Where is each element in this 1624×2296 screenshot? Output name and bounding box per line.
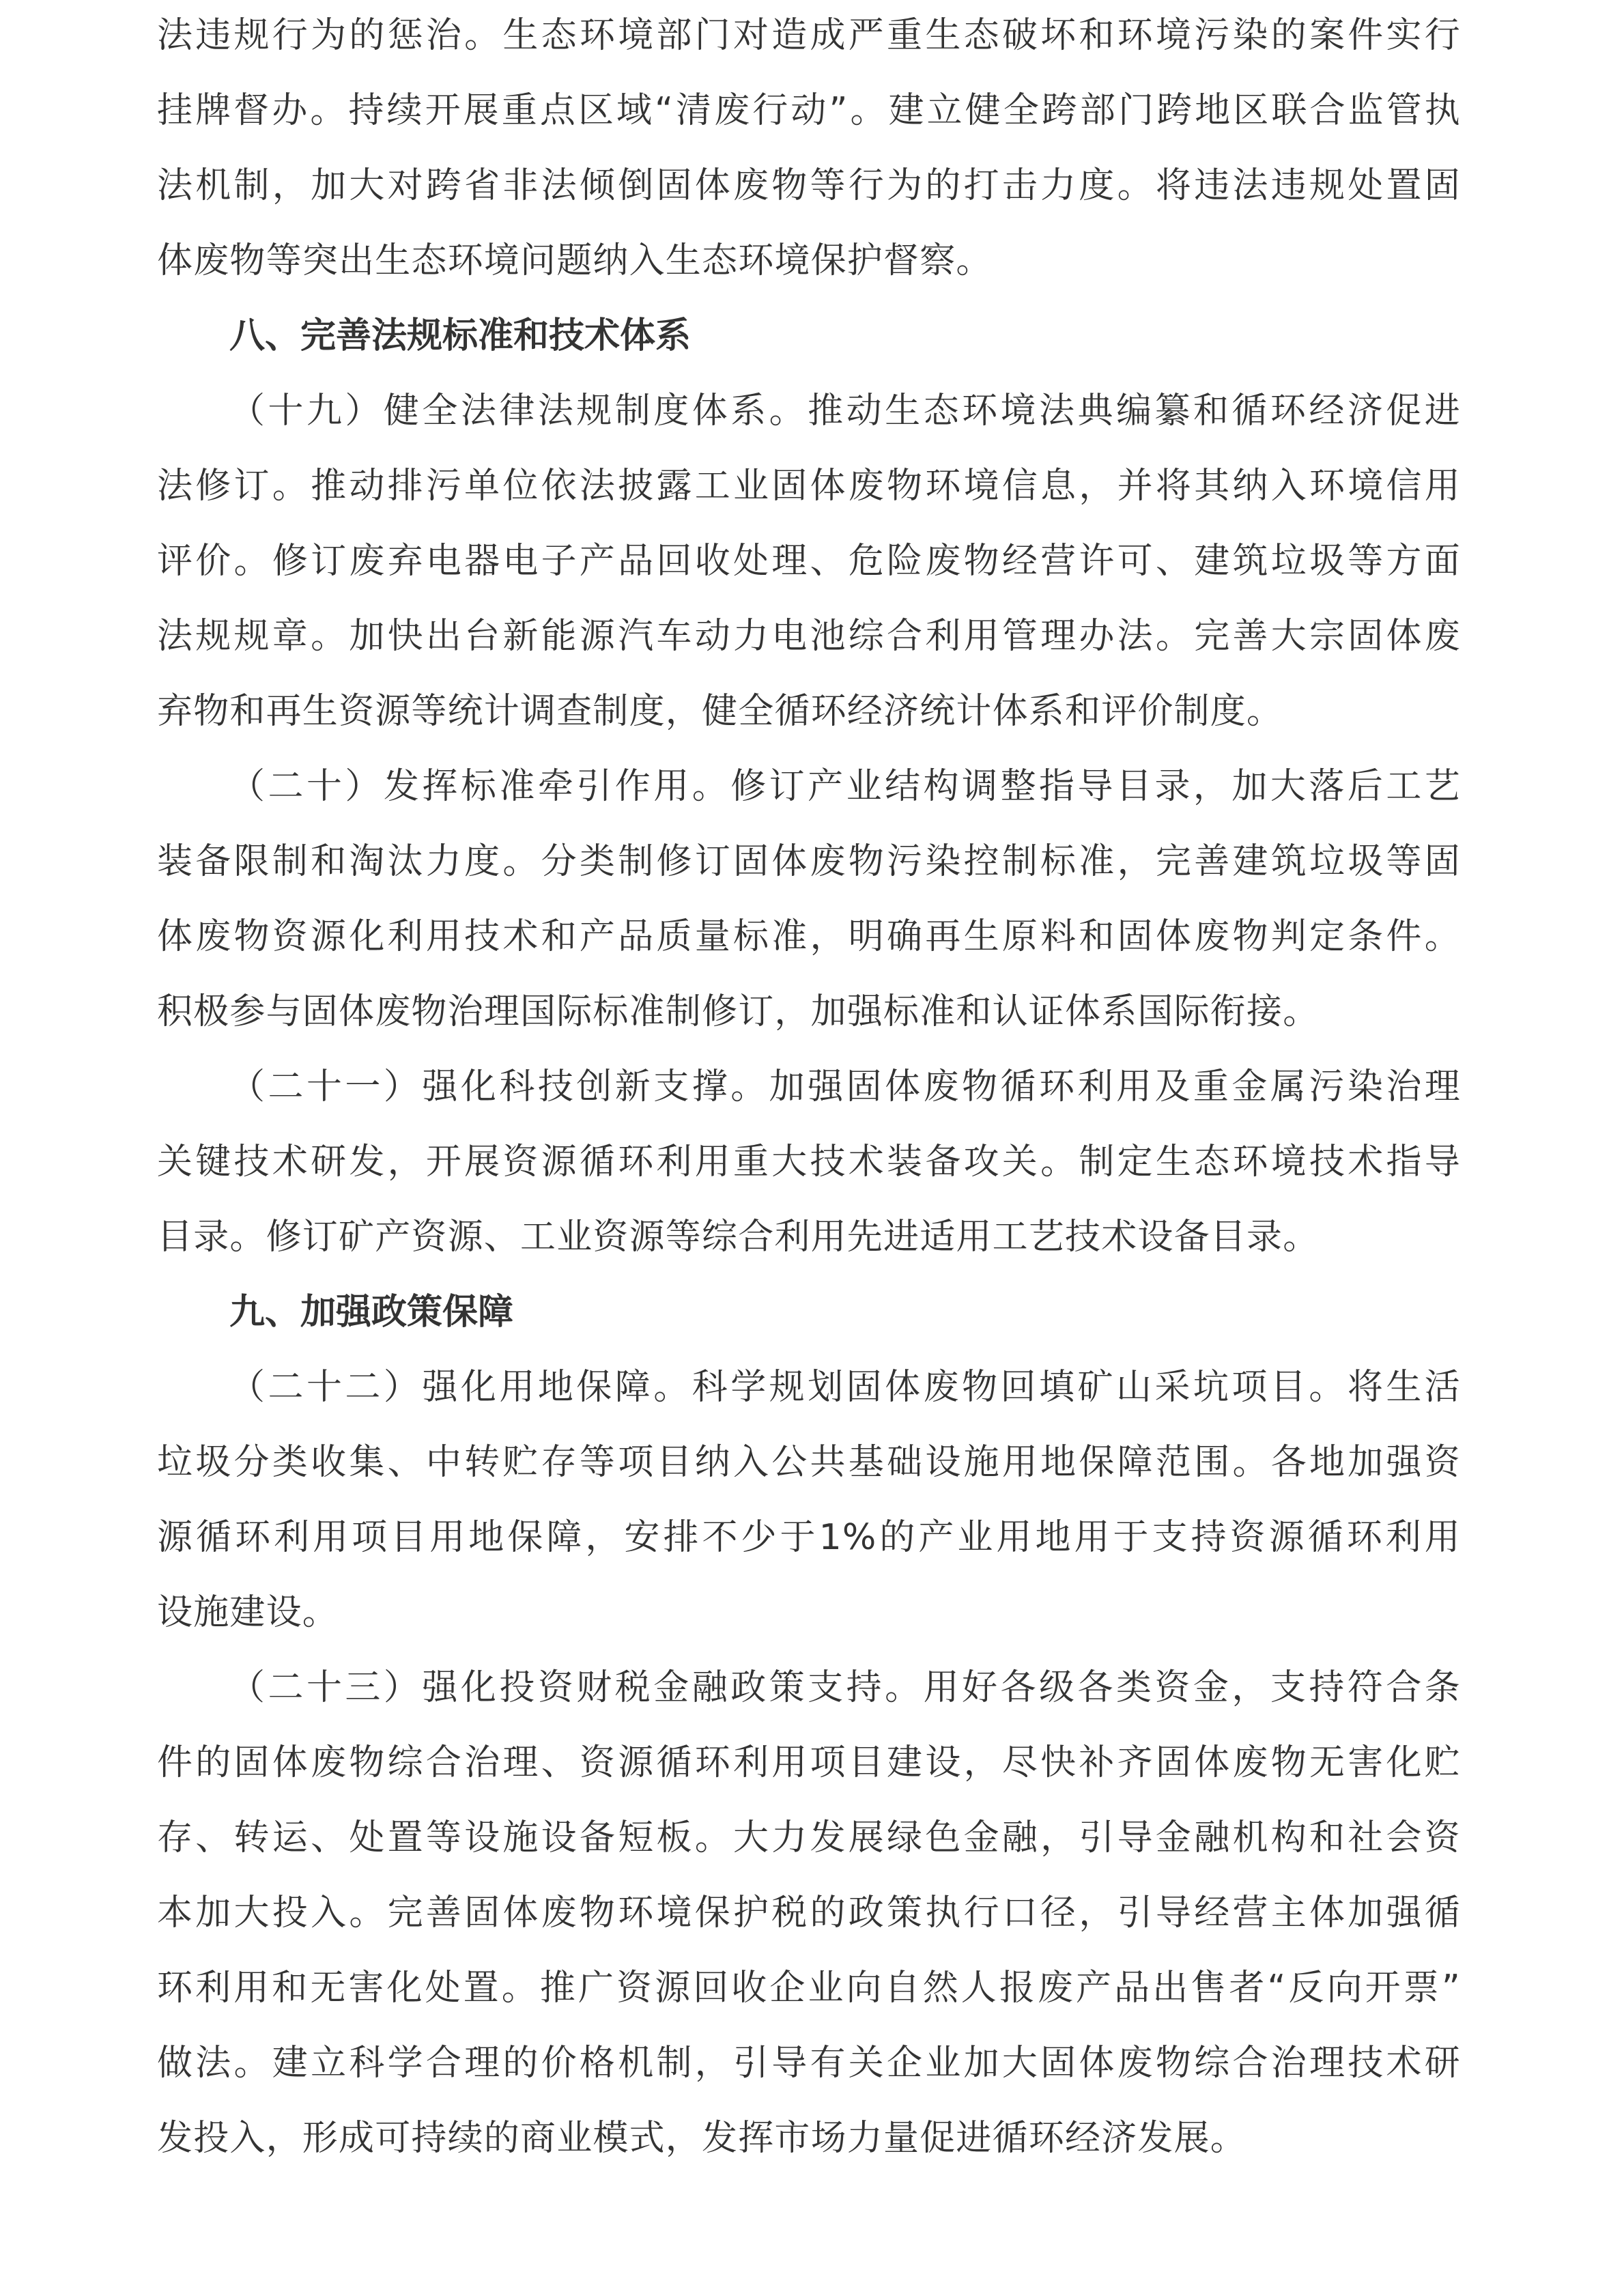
- text-line: （二十）发挥标准牵引作用。修订产业结构调整指导目录，加大落后工艺: [157, 749, 1461, 824]
- text-line: 环利用和无害化处置。推广资源回收企业向自然人报废产品出售者“反向开票”: [157, 1951, 1461, 2026]
- text-line: 件的固体废物综合治理、资源循环利用项目建设，尽快补齐固体废物无害化贮: [157, 1725, 1461, 1800]
- paragraph-22: （二十二）强化用地保障。科学规划固体废物回填矿山采坑项目。将生活 垃圾分类收集、…: [157, 1350, 1461, 1650]
- paragraph-continuation: 法违规行为的惩治。生态环境部门对造成严重生态破坏和环境污染的案件实行 挂牌督办。…: [157, 0, 1461, 298]
- text-line: 做法。建立科学合理的价格机制，引导有关企业加大固体废物综合治理技术研: [157, 2026, 1461, 2101]
- text-line: 评价。修订废弃电器电子产品回收处理、危险废物经营许可、建筑垃圾等方面: [157, 524, 1461, 599]
- text-line: 法规规章。加快出台新能源汽车动力电池综合利用管理办法。完善大宗固体废: [157, 599, 1461, 674]
- paragraph-21: （二十一）强化科技创新支撑。加强固体废物循环利用及重金属污染治理 关键技术研发，…: [157, 1049, 1461, 1275]
- section-heading-9: 九、加强政策保障: [157, 1275, 1461, 1350]
- text-line: 装备限制和淘汰力度。分类制修订固体废物污染控制标准，完善建筑垃圾等固: [157, 824, 1461, 899]
- text-line: 弃物和再生资源等统计调查制度，健全循环经济统计体系和评价制度。: [157, 674, 1461, 749]
- text-line: 挂牌督办。持续开展重点区域“清废行动”。建立健全跨部门跨地区联合监管执: [157, 73, 1461, 148]
- text-line: （十九）健全法律法规制度体系。推动生态环境法典编纂和循环经济促进: [157, 373, 1461, 449]
- text-line: 存、转运、处置等设施设备短板。大力发展绿色金融，引导金融机构和社会资: [157, 1800, 1461, 1875]
- text-line: （二十二）强化用地保障。科学规划固体废物回填矿山采坑项目。将生活: [157, 1350, 1461, 1425]
- paragraph-19: （十九）健全法律法规制度体系。推动生态环境法典编纂和循环经济促进 法修订。推动排…: [157, 373, 1461, 749]
- text-line: 发投入，形成可持续的商业模式，发挥市场力量促进循环经济发展。: [157, 2101, 1461, 2176]
- text-line: 法修订。推动排污单位依法披露工业固体废物环境信息，并将其纳入环境信用: [157, 449, 1461, 524]
- text-line: 设施建设。: [157, 1575, 1461, 1650]
- text-line: 关键技术研发，开展资源循环利用重大技术装备攻关。制定生态环境技术指导: [157, 1124, 1461, 1200]
- document-page: 法违规行为的惩治。生态环境部门对造成严重生态破坏和环境污染的案件实行 挂牌督办。…: [157, 0, 1461, 2176]
- text-line: 法违规行为的惩治。生态环境部门对造成严重生态破坏和环境污染的案件实行: [157, 0, 1461, 73]
- text-line: 法机制，加大对跨省非法倾倒固体废物等行为的打击力度。将违法违规处置固: [157, 148, 1461, 223]
- text-line: 目录。修订矿产资源、工业资源等综合利用先进适用工艺技术设备目录。: [157, 1200, 1461, 1275]
- text-line: 体废物等突出生态环境问题纳入生态环境保护督察。: [157, 223, 1461, 298]
- text-line: 体废物资源化利用技术和产品质量标准，明确再生原料和固体废物判定条件。: [157, 899, 1461, 974]
- text-line: 垃圾分类收集、中转贮存等项目纳入公共基础设施用地保障范围。各地加强资: [157, 1425, 1461, 1500]
- text-line: 源循环利用项目用地保障，安排不少于1%的产业用地用于支持资源循环利用: [157, 1500, 1461, 1575]
- text-line: 积极参与固体废物治理国际标准制修订，加强标准和认证体系国际衔接。: [157, 974, 1461, 1049]
- paragraph-20: （二十）发挥标准牵引作用。修订产业结构调整指导目录，加大落后工艺 装备限制和淘汰…: [157, 749, 1461, 1049]
- text-line: （二十一）强化科技创新支撑。加强固体废物循环利用及重金属污染治理: [157, 1049, 1461, 1124]
- text-line: （二十三）强化投资财税金融政策支持。用好各级各类资金，支持符合条: [157, 1650, 1461, 1725]
- text-line: 本加大投入。完善固体废物环境保护税的政策执行口径，引导经营主体加强循: [157, 1875, 1461, 1951]
- section-heading-8: 八、完善法规标准和技术体系: [157, 298, 1461, 373]
- paragraph-23: （二十三）强化投资财税金融政策支持。用好各级各类资金，支持符合条 件的固体废物综…: [157, 1650, 1461, 2176]
